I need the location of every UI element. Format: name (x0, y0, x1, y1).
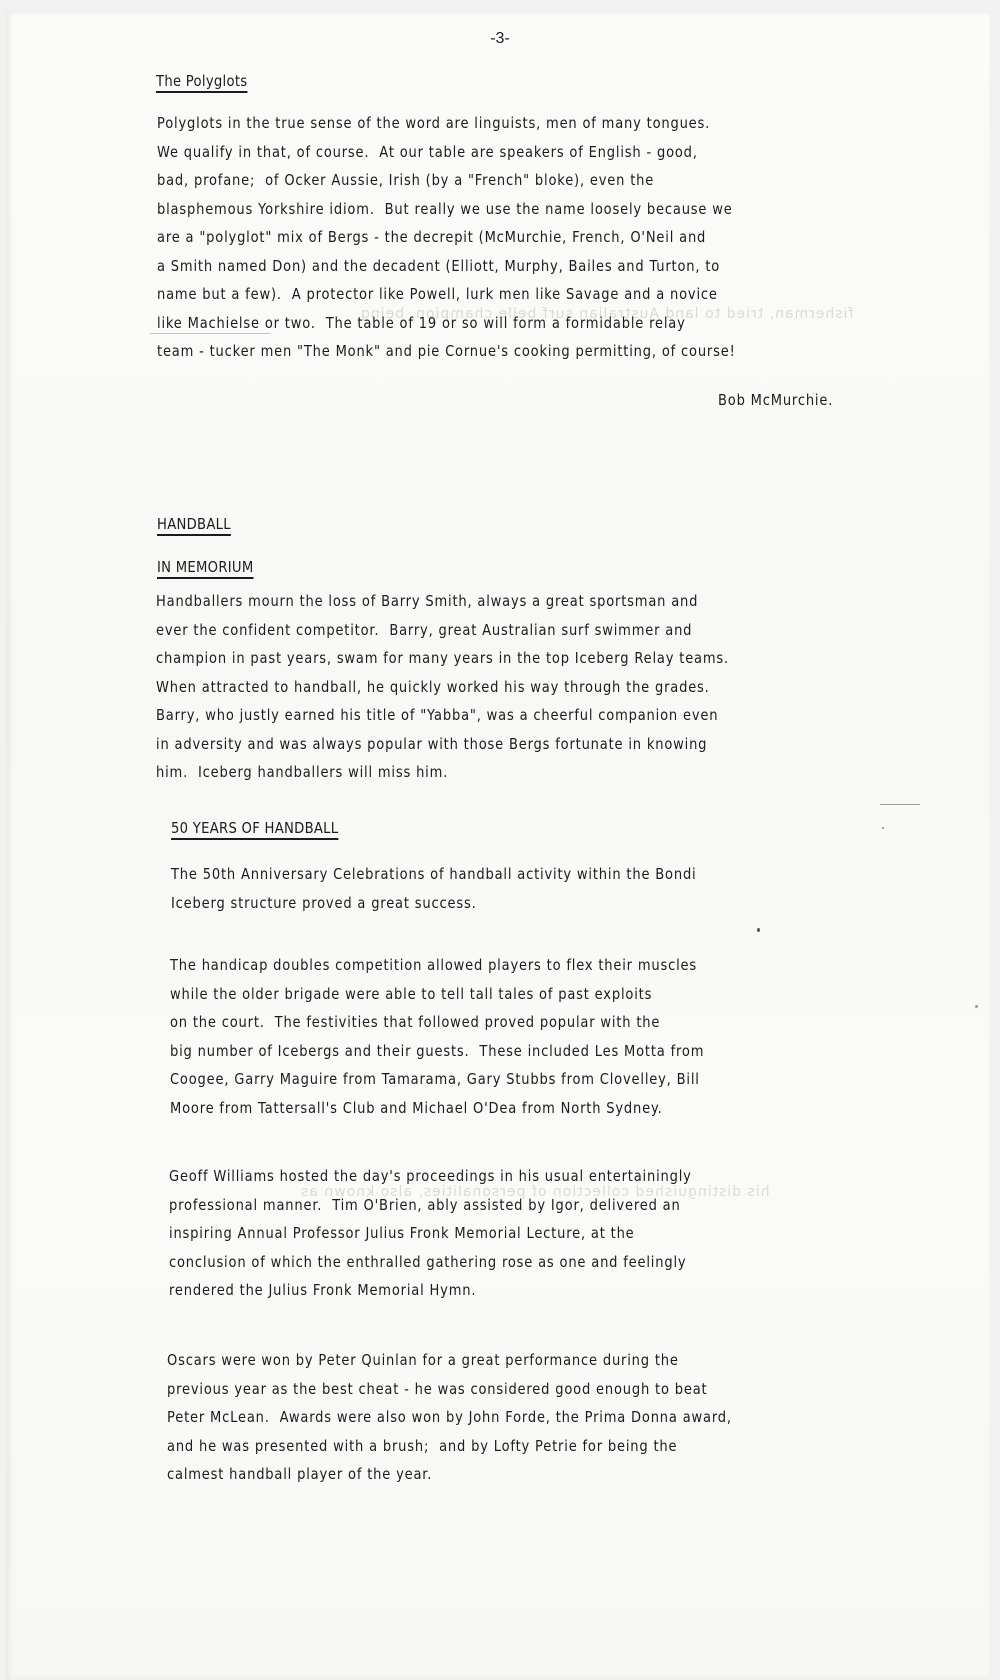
text-line: previous year as the best cheat - he was… (167, 1375, 732, 1404)
text-line: Polyglots in the true sense of the word … (157, 109, 736, 138)
text-line: and he was presented with a brush; and b… (167, 1432, 732, 1461)
text-line: rendered the Julius Fronk Memorial Hymn. (169, 1276, 692, 1305)
fifty-years-paragraph-1: The 50th Anniversary Celebrations of han… (171, 860, 697, 917)
memorium-paragraph: Handballers mourn the loss of Barry Smit… (156, 587, 729, 787)
text-line: Iceberg structure proved a great success… (171, 889, 697, 918)
polyglots-paragraph: Polyglots in the true sense of the word … (157, 109, 736, 366)
text-line: ever the confident competitor. Barry, gr… (156, 616, 729, 645)
section-heading-polyglots: The Polyglots (156, 72, 247, 90)
text-line: name but a few). A protector like Powell… (157, 280, 736, 309)
text-line: while the older brigade were able to tel… (170, 980, 704, 1009)
text-line: Coogee, Garry Maguire from Tamarama, Gar… (170, 1065, 704, 1094)
text-line: in adversity and was always popular with… (156, 730, 729, 759)
scan-speck (975, 1005, 978, 1008)
text-line: bad, profane; of Ocker Aussie, Irish (by… (157, 166, 736, 195)
text-line: inspiring Annual Professor Julius Fronk … (169, 1219, 692, 1248)
author-signature: Bob McMurchie. (718, 391, 833, 409)
text-line: professional manner. Tim O'Brien, ably a… (169, 1191, 692, 1220)
text-line: When attracted to handball, he quickly w… (156, 673, 729, 702)
text-line: him. Iceberg handballers will miss him. (156, 758, 729, 787)
text-line: The 50th Anniversary Celebrations of han… (171, 860, 697, 889)
text-line: Moore from Tattersall's Club and Michael… (170, 1094, 704, 1123)
text-line: The handicap doubles competition allowed… (170, 951, 704, 980)
scan-speck (757, 928, 760, 932)
scan-mark (880, 804, 920, 805)
scan-speck (882, 827, 884, 829)
text-line: conclusion of which the enthralled gathe… (169, 1248, 692, 1277)
fifty-years-paragraph-3: Geoff Williams hosted the day's proceedi… (169, 1162, 692, 1305)
text-line: champion in past years, swam for many ye… (156, 644, 729, 673)
text-line: big number of Icebergs and their guests.… (170, 1037, 704, 1066)
text-line: Barry, who justly earned his title of "Y… (156, 701, 729, 730)
page-number: -3- (0, 30, 1000, 48)
text-line: are a "polyglot" mix of Bergs - the decr… (157, 223, 736, 252)
text-line: Handballers mourn the loss of Barry Smit… (156, 587, 729, 616)
subheading-in-memorium: IN MEMORIUM (157, 558, 253, 576)
text-line: calmest handball player of the year. (167, 1460, 732, 1489)
text-line: on the court. The festivities that follo… (170, 1008, 704, 1037)
fifty-years-paragraph-2: The handicap doubles competition allowed… (170, 951, 704, 1122)
fifty-years-paragraph-4: Oscars were won by Peter Quinlan for a g… (167, 1346, 732, 1489)
text-line: a Smith named Don) and the decadent (Ell… (157, 252, 736, 281)
text-line: team - tucker men "The Monk" and pie Cor… (157, 337, 736, 366)
text-line: Geoff Williams hosted the day's proceedi… (169, 1162, 692, 1191)
subheading-50-years-of-handball: 50 YEARS OF HANDBALL (171, 819, 338, 837)
text-line: Oscars were won by Peter Quinlan for a g… (167, 1346, 732, 1375)
scan-mark (150, 333, 270, 334)
text-line: blasphemous Yorkshire idiom. But really … (157, 195, 736, 224)
section-heading-handball: HANDBALL (157, 515, 231, 533)
text-line: We qualify in that, of course. At our ta… (157, 138, 736, 167)
text-line: Peter McLean. Awards were also won by Jo… (167, 1403, 732, 1432)
